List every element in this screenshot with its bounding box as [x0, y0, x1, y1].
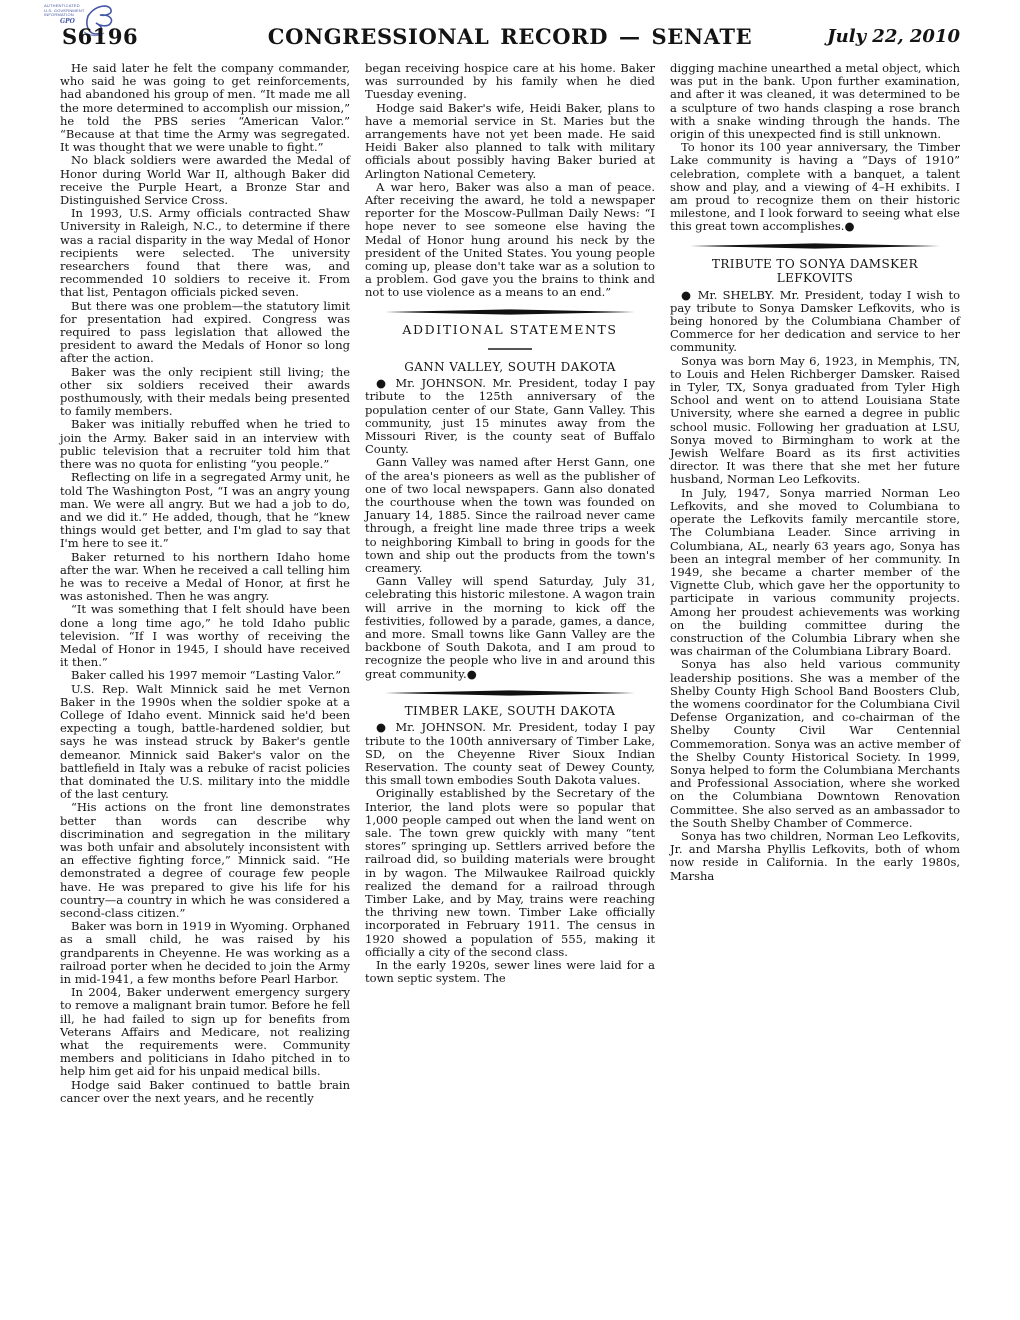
paragraph: Baker was born in 1919 in Wyoming. Orpha…: [60, 920, 350, 986]
paragraph: In the early 1920s, sewer lines were lai…: [365, 959, 655, 985]
gpo-authentication-seal: AUTHENTICATED U.S. GOVERNMENT INFORMATIO…: [44, 4, 124, 25]
timber-lake-statement-text: ● Mr. JOHNSON. Mr. President, today I pa…: [365, 721, 655, 985]
paragraph: Sonya has two children, Norman Leo Lefko…: [670, 830, 960, 883]
gann-valley-statement-text: ● Mr. JOHNSON. Mr. President, today I pa…: [365, 377, 655, 681]
article-heading-gann-valley: GANN VALLEY, SOUTH DAKOTA: [379, 360, 641, 375]
swelled-rule-divider: [690, 243, 940, 249]
paragraph: ● Mr. JOHNSON. Mr. President, today I pa…: [365, 721, 655, 787]
paragraph: Hodge said Baker's wife, Heidi Baker, pl…: [365, 102, 655, 181]
congressional-record-page: AUTHENTICATED U.S. GOVERNMENT INFORMATIO…: [0, 0, 1020, 1320]
column-3: digging machine unearthed a metal object…: [670, 62, 960, 1105]
paragraph: Originally established by the Secretary …: [365, 787, 655, 959]
body-columns: He said later he felt the company comman…: [60, 62, 960, 1105]
paragraph: No black soldiers were awarded the Medal…: [60, 154, 350, 207]
timber-lake-statement-continued: digging machine unearthed a metal object…: [670, 62, 960, 234]
paragraph: “It was something that I felt should hav…: [60, 603, 350, 669]
paragraph: digging machine unearthed a metal object…: [670, 62, 960, 141]
swelled-rule-divider: [385, 309, 635, 315]
baker-article-text: He said later he felt the company comman…: [60, 62, 350, 1105]
paragraph: Baker called his 1997 memoir “Lasting Va…: [60, 669, 350, 682]
column-1: He said later he felt the company comman…: [60, 62, 350, 1105]
paragraph: Sonya has also held various community le…: [670, 658, 960, 830]
paragraph: Baker returned to his northern Idaho hom…: [60, 551, 350, 604]
paragraph: To honor its 100 year anniversary, the T…: [670, 141, 960, 233]
paragraph: Sonya was born May 6, 1923, in Memphis, …: [670, 355, 960, 487]
paragraph: Gann Valley will spend Saturday, July 31…: [365, 575, 655, 681]
article-heading-timber-lake: TIMBER LAKE, SOUTH DAKOTA: [379, 704, 641, 719]
article-heading-tribute-lefkovits: TRIBUTE TO SONYA DAMSKER LEFKOVITS: [684, 257, 946, 286]
paragraph: ● Mr. JOHNSON. Mr. President, today I pa…: [365, 377, 655, 456]
baker-article-continued: began receiving hospice care at his home…: [365, 62, 655, 300]
paragraph: In July, 1947, Sonya married Norman Leo …: [670, 487, 960, 659]
column-2: began receiving hospice care at his home…: [365, 62, 655, 1105]
paragraph: Gann Valley was named after Herst Gann, …: [365, 456, 655, 575]
paragraph: “His actions on the front line demonstra…: [60, 801, 350, 920]
paragraph: Reflecting on life in a segregated Army …: [60, 471, 350, 550]
paragraph: U.S. Rep. Walt Minnick said he met Verno…: [60, 683, 350, 802]
paragraph: In 1993, U.S. Army officials contracted …: [60, 207, 350, 299]
paragraph: Hodge said Baker continued to battle bra…: [60, 1079, 350, 1105]
swelled-rule-divider: [385, 690, 635, 696]
paragraph: began receiving hospice care at his home…: [365, 62, 655, 102]
paragraph: In 2004, Baker underwent emergency surge…: [60, 986, 350, 1078]
short-rule-divider: [488, 348, 532, 350]
section-heading-additional-statements: ADDITIONAL STATEMENTS: [365, 322, 655, 337]
paragraph: Baker was the only recipient still livin…: [60, 366, 350, 419]
tribute-statement-text: ● Mr. SHELBY. Mr. President, today I wis…: [670, 289, 960, 883]
paragraph: But there was one problem—the statutory …: [60, 300, 350, 366]
issue-date: July 22, 2010: [827, 26, 960, 47]
paragraph: Baker was initially rebuffed when he tri…: [60, 418, 350, 471]
paragraph: ● Mr. SHELBY. Mr. President, today I wis…: [670, 289, 960, 355]
paragraph: A war hero, Baker was also a man of peac…: [365, 181, 655, 300]
paragraph: He said later he felt the company comman…: [60, 62, 350, 154]
